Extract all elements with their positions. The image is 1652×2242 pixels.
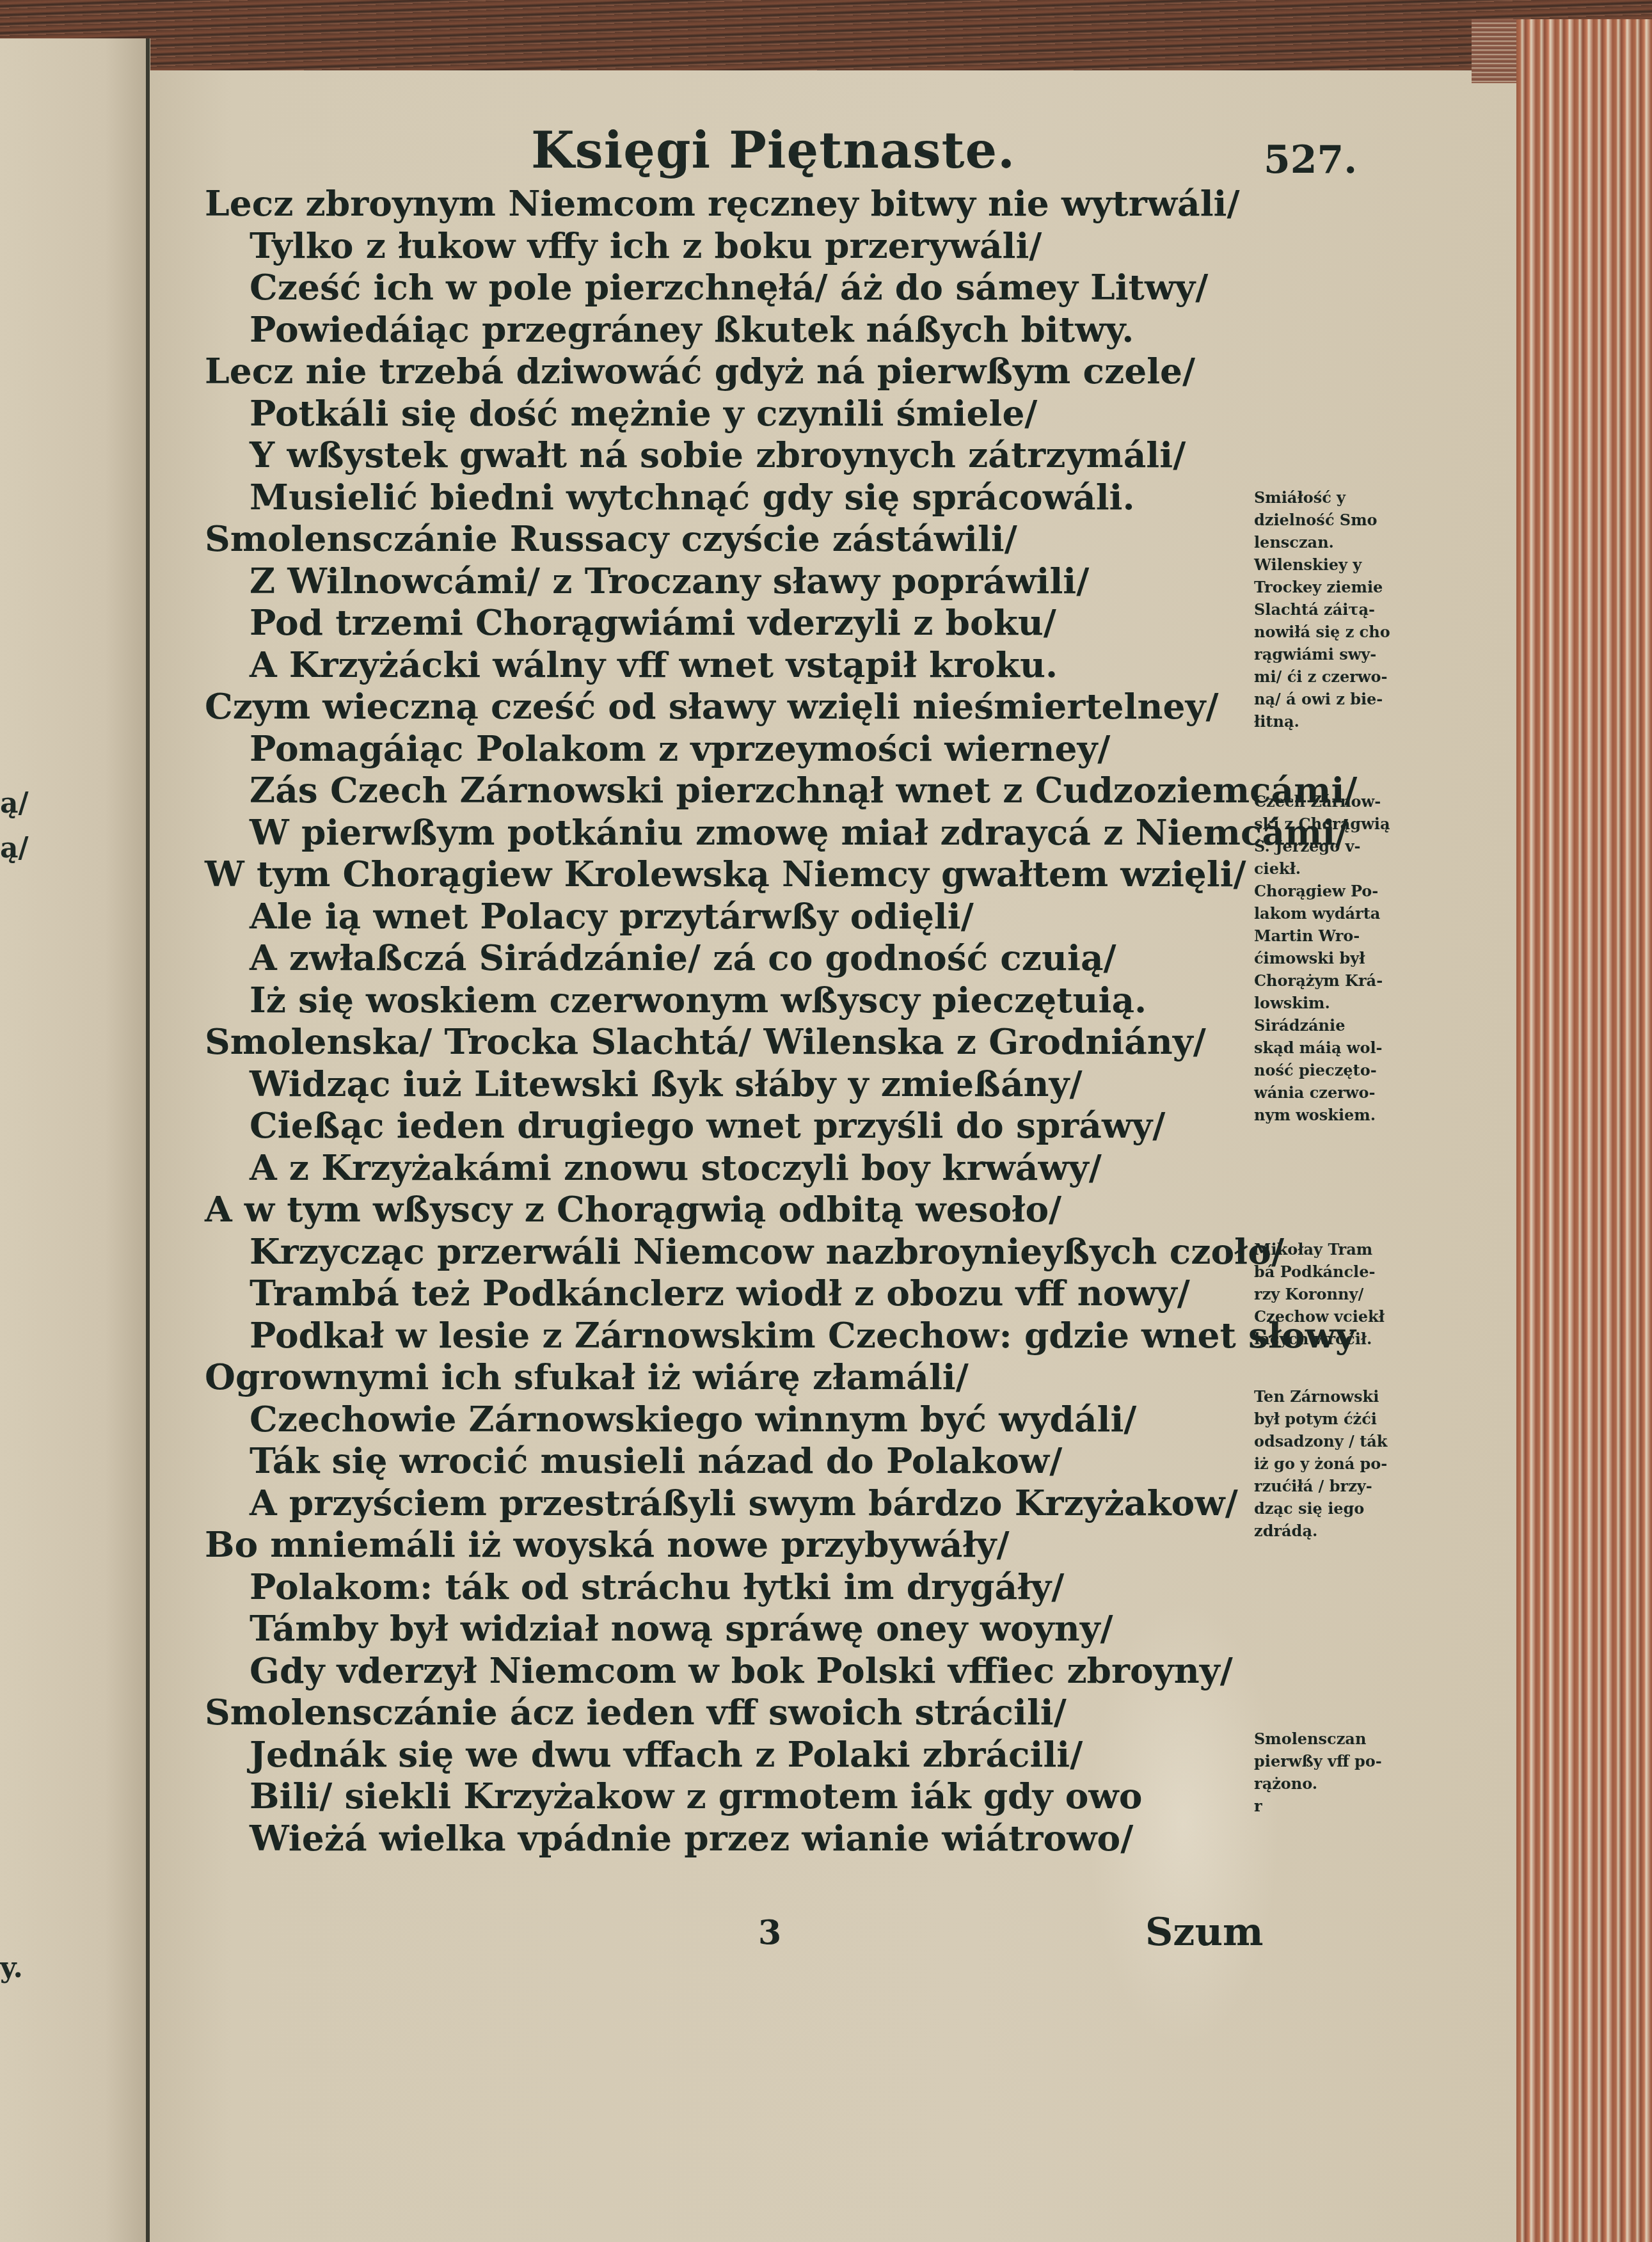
verse-line: W tym Chorągiew Krolewską Niemcy gwałtem… <box>205 853 1228 895</box>
verse-line: Y wßystek gwałt ná sobie zbroynych zátrz… <box>205 434 1228 476</box>
marginal-note: Smiáłość y dzielność Smo lensczan. Wilen… <box>1254 486 1420 733</box>
verse-line: A w tym wßyscy z Chorągwią odbitą wesoło… <box>205 1188 1228 1230</box>
verse-line: Bo mniemáli iż woyská nowe przybywáły/ <box>205 1523 1228 1566</box>
verse-line: Smolenska/ Trocka Slachtá/ Wilenska z Gr… <box>205 1021 1228 1063</box>
verse-line: Cześć ich w pole pierzchnęłá/ áż do sáme… <box>205 266 1228 308</box>
verse-line: Zás Czech Zárnowski pierzchnął wnet z Cu… <box>205 769 1228 811</box>
left-page: ą/ ą/ y. <box>0 38 150 2242</box>
page-edges-right <box>1516 19 1652 2242</box>
verse-line: Powiedáiąc przegráney ßkutek náßych bitw… <box>205 308 1228 351</box>
verse-line: Cießąc ieden drugiego wnet przyśli do sp… <box>205 1104 1228 1147</box>
verse-line: Musielić biedni wytchnąć gdy się sprácow… <box>205 476 1228 518</box>
verse-line: Krzycząc przerwáli Niemcow nazbroynieyßy… <box>205 1230 1228 1273</box>
marginal-note: Smolensczan pierwßy vff po- rążono. r <box>1254 1728 1420 1817</box>
left-page-text-fragment: ą/ <box>0 832 29 864</box>
verse-line: Támby był widział nową spráwę oney woyny… <box>205 1607 1228 1650</box>
verse-line: Czym wieczną cześć od sławy wzięli nieśm… <box>205 685 1228 727</box>
signature-mark: 3 <box>758 1913 781 1952</box>
verse-line: Jednák się we dwu vffach z Polaki zbráci… <box>205 1733 1228 1776</box>
verse-line: Gdy vderzył Niemcom w bok Polski vffiec … <box>205 1650 1228 1692</box>
verse-block: Lecz zbroynym Niemcom ręczney bitwy nie … <box>205 182 1228 1859</box>
verse-line: Lecz nie trzebá dziwowáć gdyż ná pierwßy… <box>205 350 1228 392</box>
verse-line: Pod trzemi Chorągwiámi vderzyli z boku/ <box>205 601 1228 644</box>
left-page-text-fragment: y. <box>0 1952 23 1984</box>
marginal-note: Mikołay Tram bá Podkáncle- rzy Koronny/ … <box>1254 1238 1420 1350</box>
verse-line: Bili/ siekli Krzyżakow z grmotem iák gdy… <box>205 1775 1228 1817</box>
marginal-note: Czech Zárnow- ski z Chorągwią S. Jerzego… <box>1254 790 1420 1126</box>
verse-line: Pomagáiąc Polakom z vprzeymości wierney/ <box>205 727 1228 770</box>
marginal-note: Ten Zárnowski był potym ćżći odsadzony /… <box>1254 1385 1420 1542</box>
verse-line: Smolensczánie ácz ieden vff swoich strác… <box>205 1691 1228 1733</box>
verse-line: Trambá też Podkánclerz wiodł z obozu vff… <box>205 1272 1228 1314</box>
verse-line: Iż się woskiem czerwonym wßyscy pieczętu… <box>205 979 1228 1021</box>
verse-line: Ták się wrocić musieli názad do Polakow/ <box>205 1440 1228 1482</box>
verse-line: Widząc iuż Litewski ßyk słáby y zmießány… <box>205 1063 1228 1105</box>
verse-line: Tylko z łukow vffy ich z boku przerywáli… <box>205 225 1228 267</box>
verse-line: Podkał w lesie z Zárnowskim Czechow: gdz… <box>205 1314 1228 1356</box>
verse-line: A przyściem przestráßyli swym bárdzo Krz… <box>205 1482 1228 1524</box>
verse-line: Ale ią wnet Polacy przytárwßy odięli/ <box>205 895 1228 937</box>
verse-line: A zwłaßczá Sirádzánie/ zá co godność czu… <box>205 937 1228 979</box>
verse-line: Smolensczánie Russacy czyście zástáwili/ <box>205 518 1228 560</box>
verse-line: Polakom: ták od stráchu łytki im drygáły… <box>205 1566 1228 1608</box>
verse-line: Wieżá wielka vpádnie przez wianie wiátro… <box>205 1817 1228 1859</box>
verse-line: Czechowie Zárnowskiego winnym być wydáli… <box>205 1398 1228 1440</box>
verse-line: A Krzyżácki wálny vff wnet vstąpił kroku… <box>205 644 1228 686</box>
verse-line: A z Krzyżakámi znowu stoczyli boy krwáwy… <box>205 1147 1228 1189</box>
verse-line: Z Wilnowcámi/ z Troczany sławy popráwili… <box>205 560 1228 602</box>
running-head: Księgi Piętnaste. <box>531 122 1015 180</box>
verse-line: Lecz zbroynym Niemcom ręczney bitwy nie … <box>205 182 1228 225</box>
verse-line: W pierwßym potkániu zmowę miał zdraycá z… <box>205 811 1228 854</box>
verse-line: Ogrownymi ich sfukał iż wiárę złamáli/ <box>205 1356 1228 1398</box>
book-top-edges <box>0 0 1652 77</box>
left-page-text-fragment: ą/ <box>0 787 29 820</box>
catchword: Szum <box>1145 1910 1264 1955</box>
page-number: 527. <box>1264 138 1357 182</box>
verse-line: Potkáli się dość mężnie y czynili śmiele… <box>205 392 1228 434</box>
